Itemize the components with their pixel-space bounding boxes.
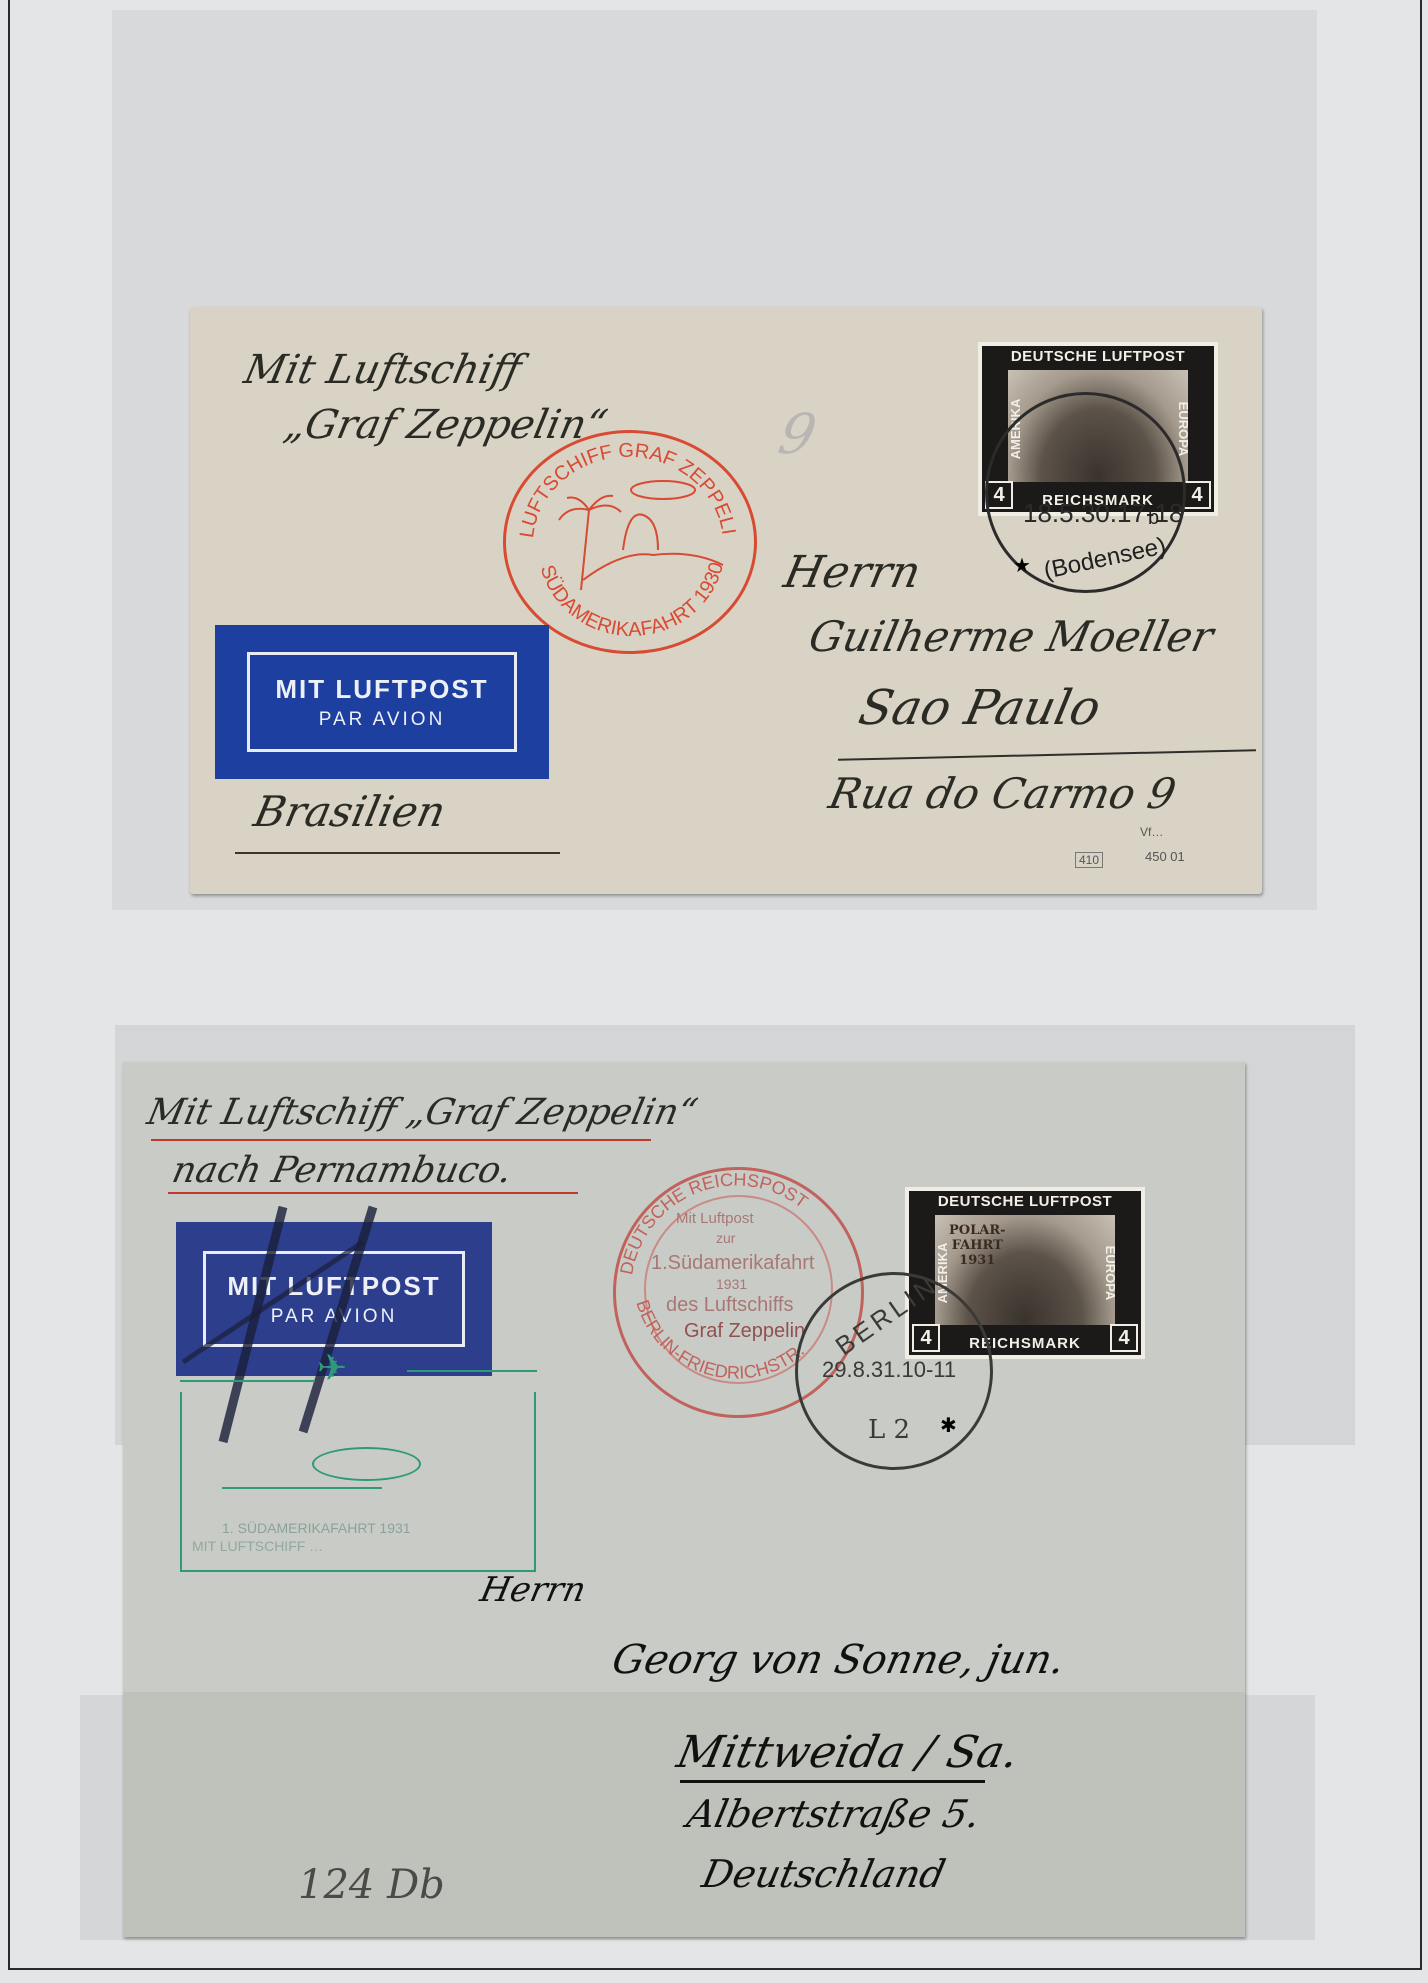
sudamerikafahrt-cachet: LUFTSCHIFF GRAF ZEPPELIN SÜDAMERIKAFAHRT… xyxy=(503,430,757,654)
zeppelin-icon xyxy=(631,481,695,499)
cachet-top-left-rule xyxy=(180,1380,315,1382)
stamp-value-right: 4 xyxy=(1110,1324,1138,1352)
postmark-letter: b xyxy=(1148,507,1159,530)
mountain-icon xyxy=(583,514,723,580)
stamp-right-text: EUROPA xyxy=(1103,1246,1118,1301)
pencil-ghost-mark: 9 xyxy=(773,402,822,466)
address-line-5: Deutschland xyxy=(698,1852,949,1896)
postmark-region: (Bodensee) xyxy=(1041,532,1168,585)
zeppelin-cover-1930: Mit Luftschiff „Graf Zeppelin“ LUFTSCHIF… xyxy=(190,307,1262,894)
airplane-icon: ✈ xyxy=(317,1347,347,1389)
routing-underline-2 xyxy=(168,1192,578,1194)
stamp-overprint: POLAR- FAHRT 1931 xyxy=(949,1223,1006,1268)
routing-line-1: Mit Luftschiff xyxy=(240,347,525,393)
destination-note: Brasilien xyxy=(250,787,450,836)
postmark-date: 29.8.31.10-11 xyxy=(822,1357,956,1383)
berlin-postmark: BERLIN 29.8.31.10-11 L 2 ✱ xyxy=(795,1272,993,1470)
green-cachet-line-1: 1. SÜDAMERIKAFAHRT 1931 xyxy=(222,1520,411,1536)
cachet-top-right-rule xyxy=(407,1370,537,1372)
routing-line-1: Mit Luftschiff „Graf Zeppelin“ xyxy=(144,1092,701,1133)
address-line-2: Georg von Sonne, jun. xyxy=(608,1637,1069,1683)
star-icon: ★ xyxy=(1013,553,1031,578)
overprint-line-1: POLAR- xyxy=(949,1223,1006,1238)
svg-text:DEUTSCHE REICHSPOST: DEUTSCHE REICHSPOST xyxy=(616,1169,811,1276)
airmail-label-line1: MIT LUFTPOST xyxy=(275,674,488,705)
stamp-value-right: 4 xyxy=(1183,481,1211,509)
green-flight-cachet: ✈ 1. SÜDAMERIKAFAHRT 1931 MIT LUFTSCHIFF… xyxy=(180,1392,536,1572)
stamp-top-text: DEUTSCHE LUFTPOST xyxy=(909,1193,1141,1210)
pencil-note-2: Vf… xyxy=(1140,825,1163,839)
address-line-4: Albertstraße 5. xyxy=(683,1792,984,1836)
stamp-top-text: DEUTSCHE LUFTPOST xyxy=(982,348,1214,365)
svg-text:BERLIN-FRIEDRICHSTR.: BERLIN-FRIEDRICHSTR. xyxy=(632,1297,808,1382)
address-line-1: Herrn xyxy=(780,547,926,598)
postmark-date: 18.5.30.17-18 xyxy=(1023,498,1183,529)
address-line-4: Rua do Carmo 9 xyxy=(825,769,1180,818)
pencil-note-3: 450 01 xyxy=(1145,849,1185,864)
cachet-trail xyxy=(222,1487,382,1489)
stamp-right-text: EUROPA xyxy=(1176,402,1191,457)
album-catalog-note: 124 Db xyxy=(298,1862,445,1908)
airmail-label-line2: PAR AVION xyxy=(319,709,446,731)
svg-text:SÜDAMERIKAFAHRT 1930: SÜDAMERIKAFAHRT 1930 xyxy=(536,560,728,641)
address-line-3: Mittweida / Sa. xyxy=(673,1727,1024,1778)
zeppelin-cover-1931: Mit Luftschiff „Graf Zeppelin“ nach Pern… xyxy=(123,1062,1245,1937)
address-line-3: Sao Paulo xyxy=(854,680,1105,736)
star-icon: ✱ xyxy=(940,1413,957,1438)
postmark-place: BERLIN xyxy=(830,1269,944,1362)
destination-underline xyxy=(235,852,560,854)
postmark-district: L 2 xyxy=(868,1415,910,1445)
overprint-line-3: 1931 xyxy=(949,1253,1006,1268)
airmail-label: MIT LUFTPOST PAR AVION xyxy=(215,625,549,779)
pencil-note-1: 410 xyxy=(1075,852,1103,868)
address-line-1: Herrn xyxy=(477,1570,590,1610)
routing-underline-1 xyxy=(151,1139,651,1141)
green-cachet-line-2: MIT LUFTSCHIFF … xyxy=(192,1538,323,1554)
zeppelin-icon xyxy=(312,1447,421,1481)
svg-text:LUFTSCHIFF GRAF ZEPPELIN: LUFTSCHIFF GRAF ZEPPELIN xyxy=(503,430,739,539)
address-underline xyxy=(680,1780,985,1783)
address-line-2: Guilherme Moeller xyxy=(805,612,1218,661)
overprint-line-2: FAHRT xyxy=(949,1238,1006,1253)
routing-line-2: nach Pernambuco. xyxy=(169,1150,516,1191)
address-underline xyxy=(838,749,1256,760)
cachet-ring-text: LUFTSCHIFF GRAF ZEPPELIN SÜDAMERIKAFAHRT… xyxy=(503,430,751,648)
friedrichshafen-postmark: 18.5.30.17-18 (Bodensee) b ★ xyxy=(985,392,1186,593)
